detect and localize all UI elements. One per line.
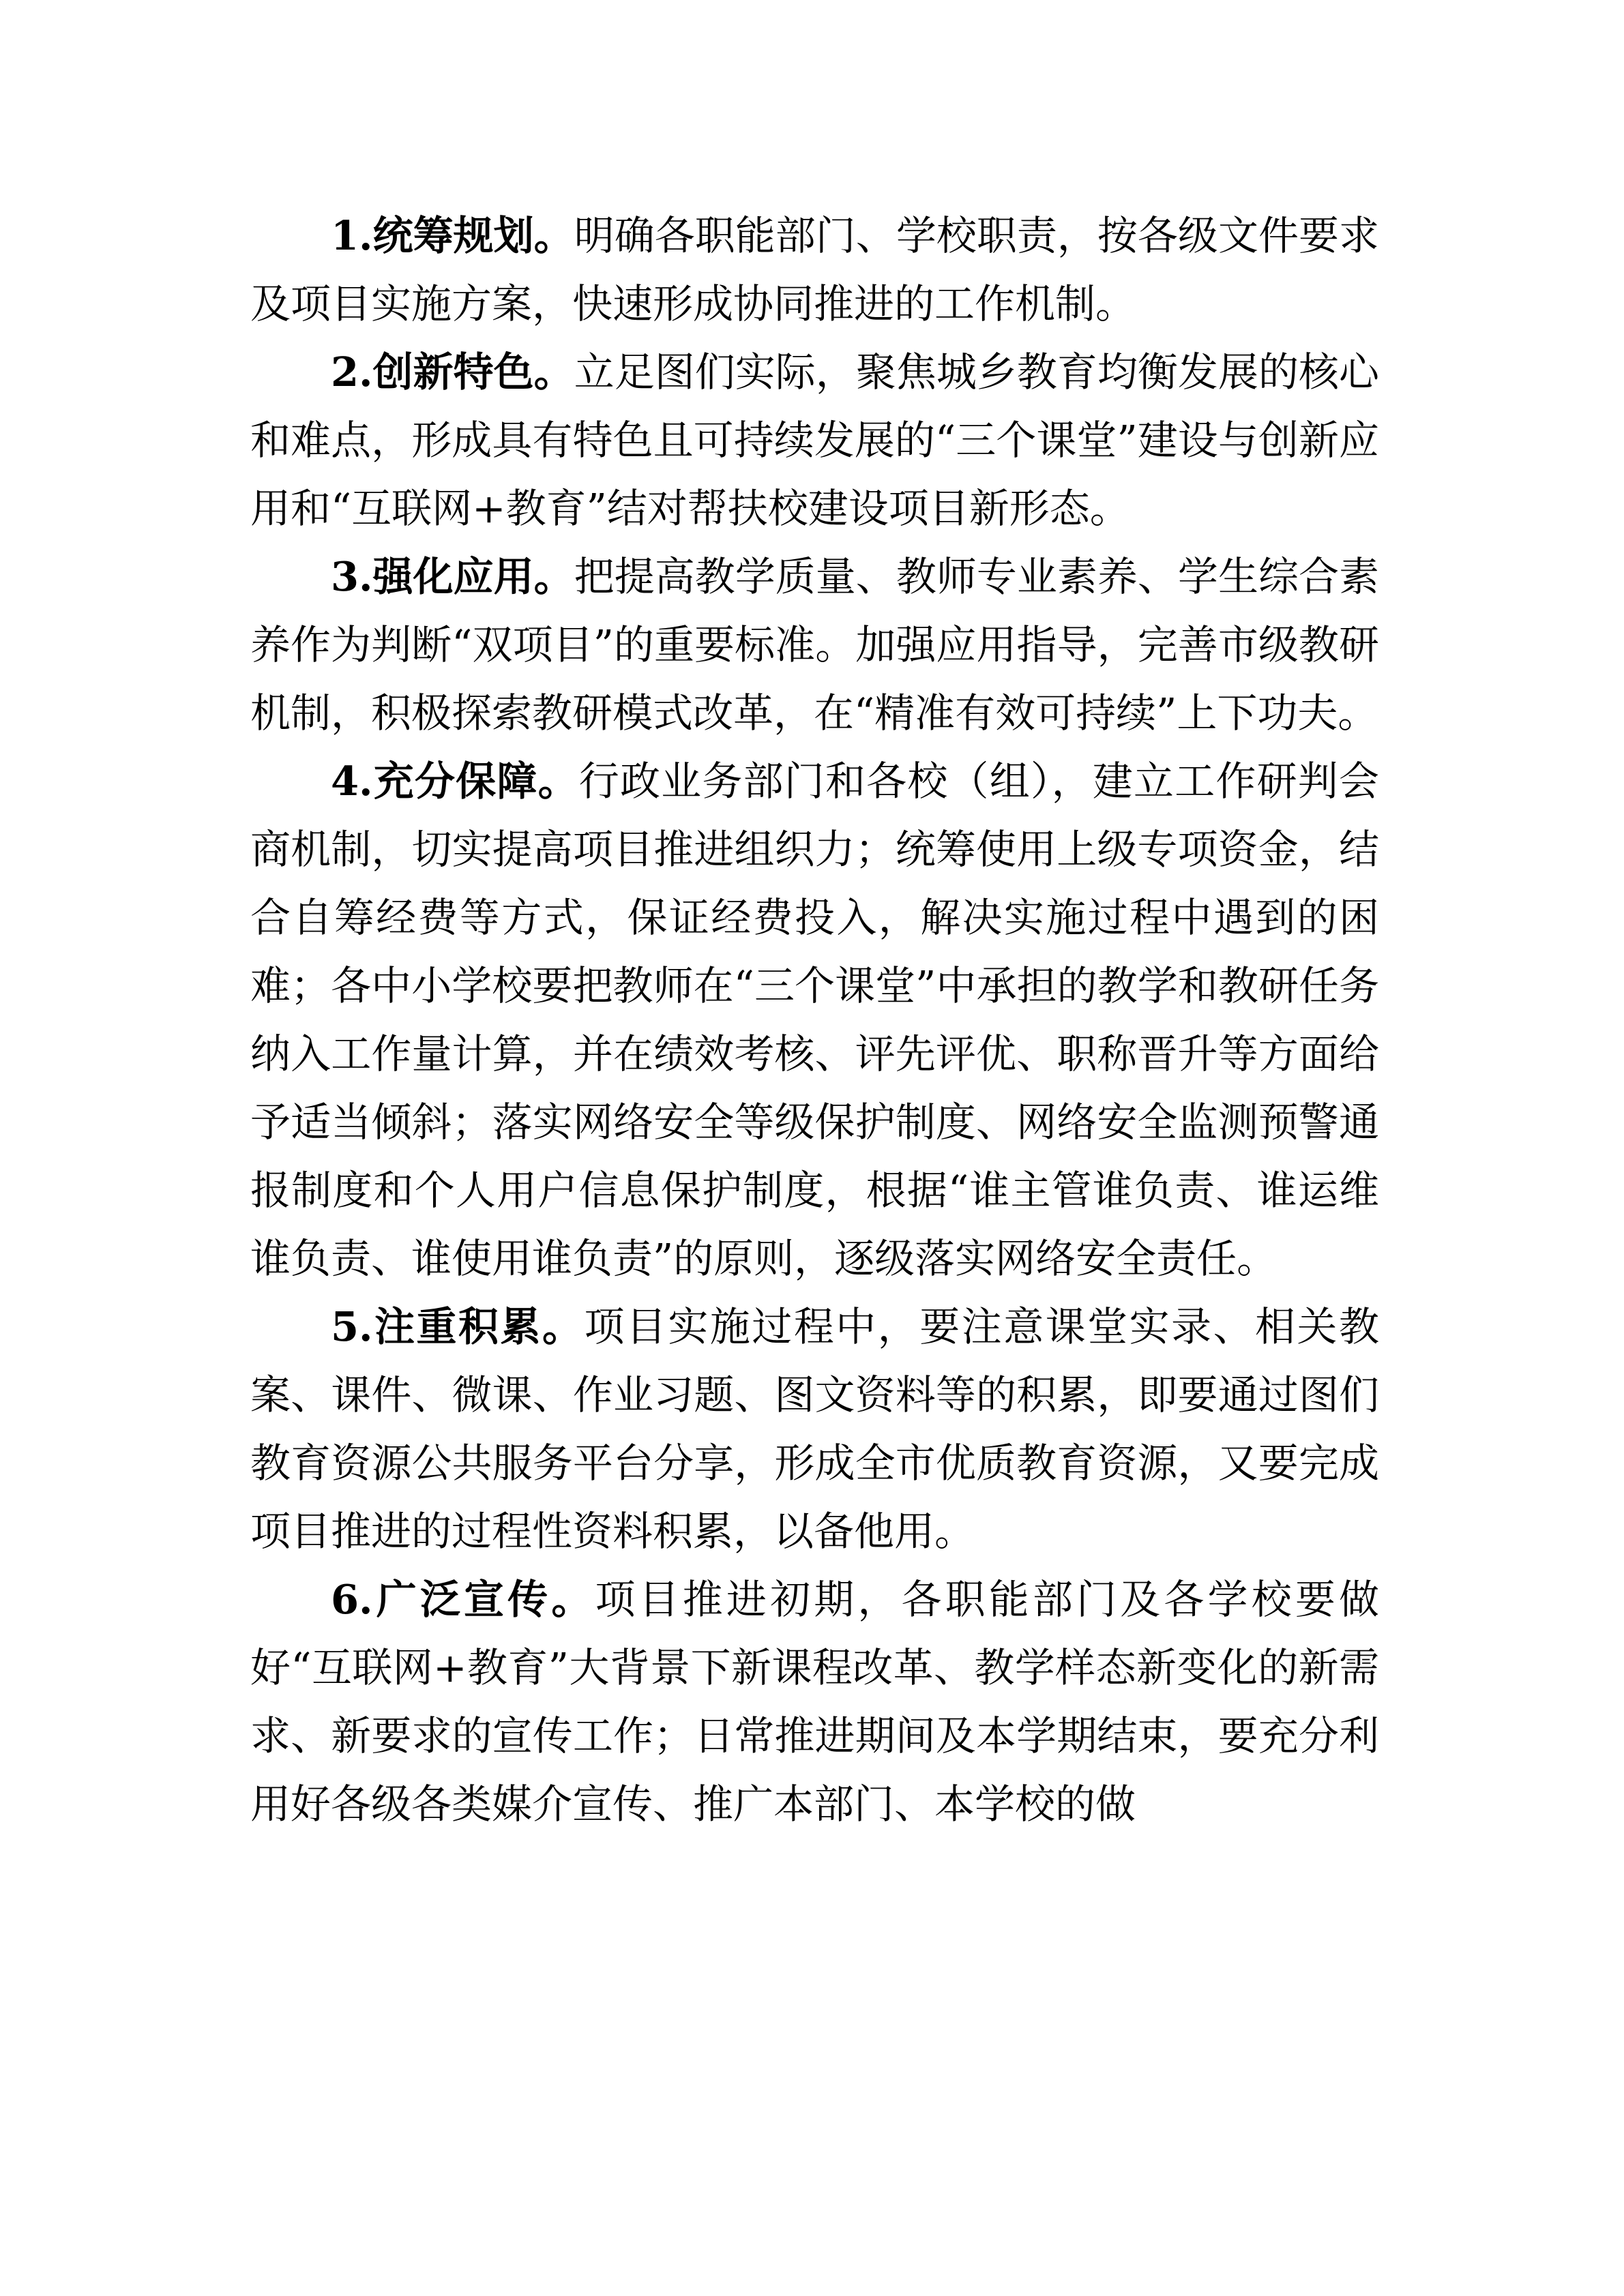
document-page: 1.统筹规划。明确各职能部门、学校职责，按各级文件要求及项目实施方案，快速形成协… (0, 0, 1624, 2296)
paragraph-1-heading: 1.统筹规划。 (331, 212, 574, 259)
document-text-block: 1.统筹规划。明确各职能部门、学校职责，按各级文件要求及项目实施方案，快速形成协… (250, 202, 1379, 1838)
paragraph-4-heading: 4.充分保障。 (331, 758, 579, 805)
paragraph-3: 3.强化应用。把提高教学质量、教师专业素养、学生综合素养作为判断“双项目”的重要… (250, 543, 1379, 747)
paragraph-5: 5.注重积累。项目实施过程中，要注意课堂实录、相关教案、课件、微课、作业习题、图… (250, 1293, 1379, 1566)
paragraph-3-heading: 3.强化应用。 (331, 553, 574, 600)
paragraph-6: 6.广泛宣传。项目推进初期，各职能部门及各学校要做好“互联网+教育”大背景下新课… (250, 1566, 1379, 1838)
paragraph-1: 1.统筹规划。明确各职能部门、学校职责，按各级文件要求及项目实施方案，快速形成协… (250, 202, 1379, 338)
paragraph-4: 4.充分保障。行政业务部门和各校（组），建立工作研判会商机制，切实提高项目推进组… (250, 747, 1379, 1293)
paragraph-2-heading: 2.创新特色。 (331, 348, 574, 396)
paragraph-4-body: 行政业务部门和各校（组），建立工作研判会商机制，切实提高项目推进组织力；统筹使用… (250, 758, 1379, 1282)
paragraph-5-heading: 5.注重积累。 (331, 1303, 584, 1350)
paragraph-6-heading: 6.广泛宣传。 (331, 1576, 595, 1623)
paragraph-2: 2.创新特色。立足图们实际，聚焦城乡教育均衡发展的核心和难点，形成具有特色且可持… (250, 338, 1379, 543)
